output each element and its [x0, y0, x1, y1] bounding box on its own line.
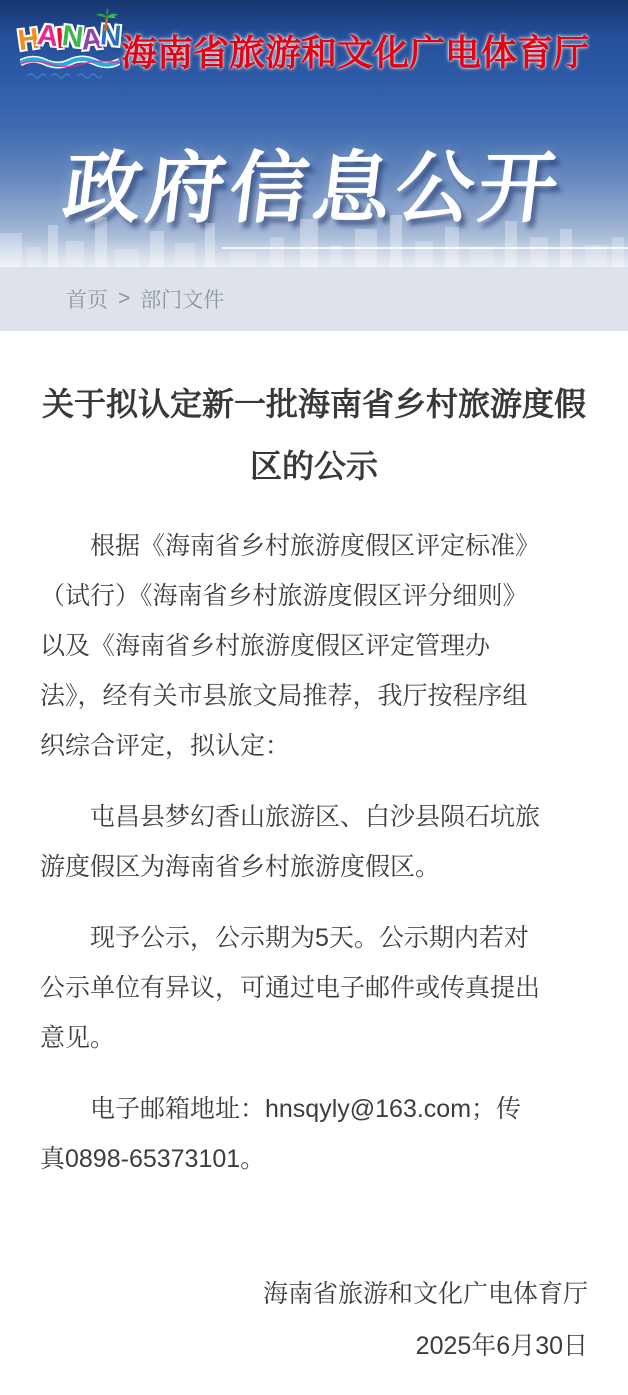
logo-tagline-script-decoration: [26, 70, 114, 80]
article-content: 关于拟认定新一批海南省乡村旅游度假 区的公示 根据《海南省乡村旅游度假区评定标准…: [0, 373, 628, 1372]
logo-wave-decoration: [20, 54, 120, 70]
article-paragraph: 现予公示，公示期为5天。公示期内若对 公示单位有异议，可通过电子邮件或传真提出 …: [40, 913, 588, 1063]
signature-date: 2025年6月30日: [40, 1320, 588, 1372]
article-paragraph: 根据《海南省乡村旅游度假区评定标准》 （试行）《海南省乡村旅游度假区评分细则》 …: [40, 521, 588, 771]
palm-tree-icon: [94, 8, 120, 32]
breadcrumb-current[interactable]: 部门文件: [140, 284, 224, 314]
hainan-tourism-logo[interactable]: H A I N A N: [18, 10, 122, 88]
signature-block: 海南省旅游和文化广电体育厅 2025年6月30日: [40, 1268, 588, 1372]
article-title: 关于拟认定新一批海南省乡村旅游度假 区的公示: [40, 373, 588, 497]
breadcrumb-home-link[interactable]: 首页: [66, 284, 108, 314]
page-header-banner: H A I N A N 海南省旅游和文化广电体育厅 政府信息公开: [0, 0, 628, 267]
article-paragraph: 屯昌县梦幻香山旅游区、白沙县陨石坑旅 游度假区为海南省乡村旅游度假区。: [40, 792, 588, 892]
signature-organization: 海南省旅游和文化广电体育厅: [40, 1268, 588, 1320]
article-paragraph-contact: 电子邮箱地址：hnsqyly@163.com；传 真0898-65373101。: [40, 1084, 588, 1184]
breadcrumb-separator: >: [118, 287, 130, 311]
breadcrumb: 首页 > 部门文件: [0, 267, 628, 331]
city-skyline-decoration: [0, 205, 628, 267]
banner-divider-line: [222, 247, 628, 249]
department-name: 海南省旅游和文化广电体育厅: [121, 25, 589, 76]
